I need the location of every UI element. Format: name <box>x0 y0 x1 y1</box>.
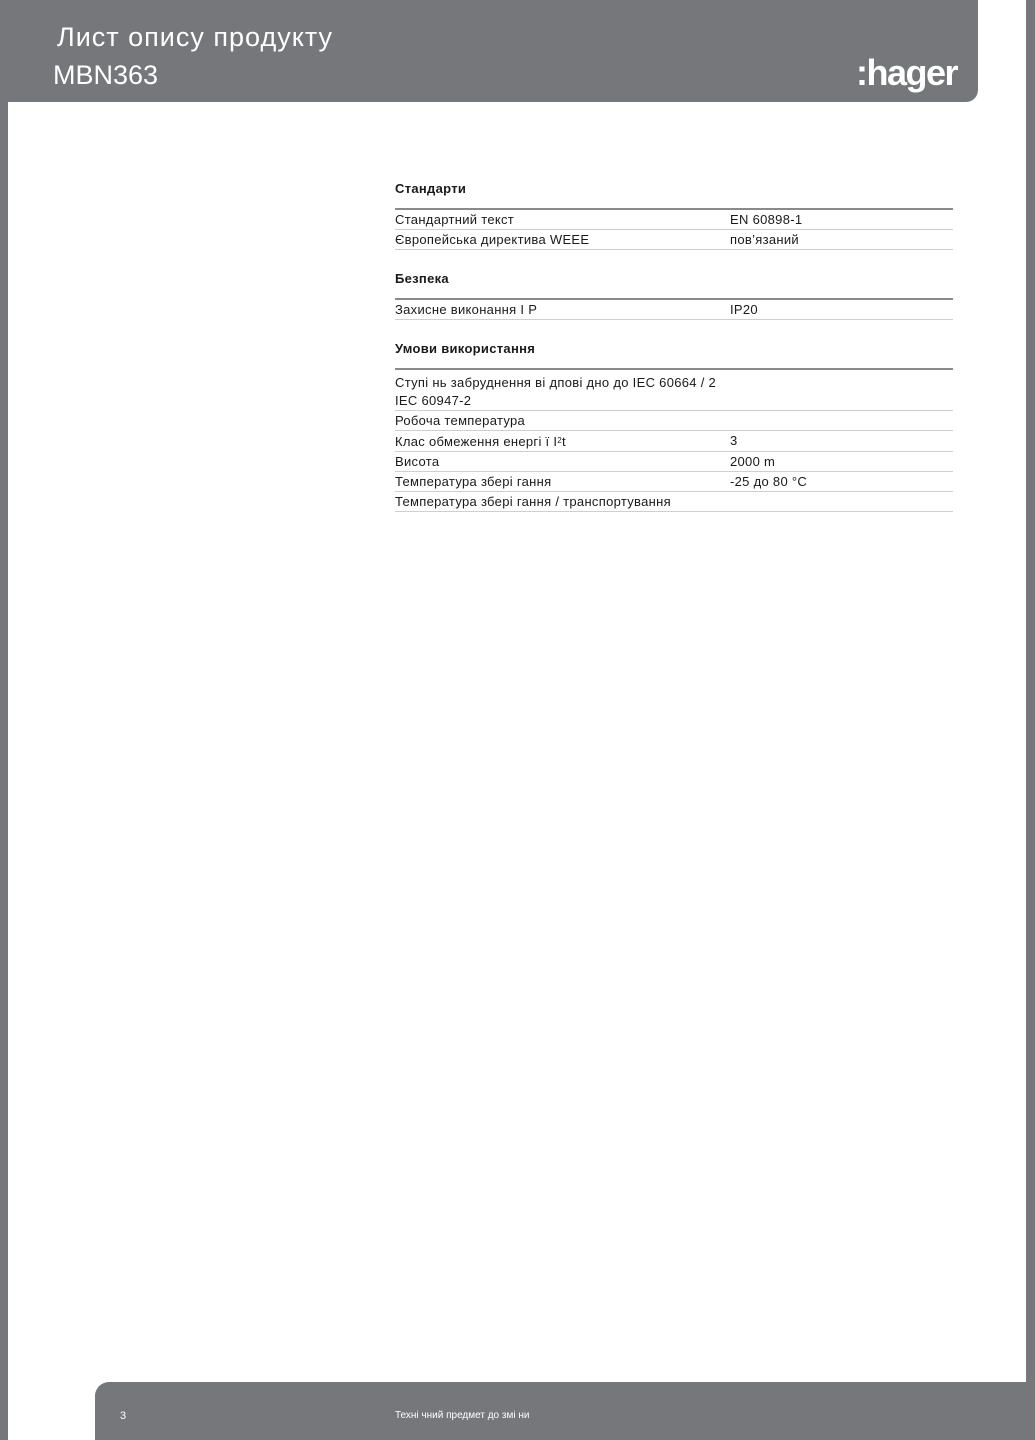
spec-row: Клас обмеження енергі ї I2t 3 <box>395 431 953 452</box>
spec-content: Стандарти Стандартний текст EN 60898-1 Є… <box>395 180 953 532</box>
spec-label: Клас обмеження енергі ї I2t <box>395 432 730 451</box>
spec-row: Ступі нь забруднення ві дпові дно до IEC… <box>395 370 953 411</box>
spec-row: Висота 2000 m <box>395 452 953 472</box>
spec-value <box>730 412 953 430</box>
footer-note: Техні чний предмет до змі ни <box>395 1410 529 1421</box>
page-edge-right <box>1026 0 1035 1440</box>
section-standards: Стандарти Стандартний текст EN 60898-1 Є… <box>395 180 953 250</box>
spec-label: Стандартний текст <box>395 211 730 229</box>
section-safety: Безпека Захисне виконання I P IP20 <box>395 270 953 320</box>
spec-row: Стандартний текст EN 60898-1 <box>395 210 953 230</box>
document-header: Лист опису продукту MBN363 :hager <box>0 0 978 102</box>
spec-label-text: Клас обмеження енергі ї I <box>395 434 557 449</box>
spec-label: Температура зберi гання <box>395 473 730 491</box>
spec-label: Висота <box>395 453 730 471</box>
spec-label-line2: IEC 60947-2 <box>395 393 471 408</box>
spec-value: -25 до 80 °C <box>730 473 953 491</box>
spec-row: Температура зберi гання -25 до 80 °C <box>395 472 953 492</box>
spec-value: EN 60898-1 <box>730 211 953 229</box>
section-conditions: Умови використання Ступі нь забруднення … <box>395 340 953 512</box>
document-footer: 3 Техні чний предмет до змі ни <box>95 1382 1035 1440</box>
spec-row: Європейська директива WEEE пов’язаний <box>395 230 953 250</box>
product-code: MBN363 <box>53 60 158 91</box>
spec-label: Робоча температура <box>395 412 730 430</box>
spec-value: 2000 m <box>730 453 953 471</box>
spec-row: Захисне виконання I P IP20 <box>395 300 953 320</box>
spec-value: пов’язаний <box>730 231 953 249</box>
spec-label: Захисне виконання I P <box>395 301 730 319</box>
page-edge-left <box>0 0 8 1440</box>
document-title: Лист опису продукту <box>57 22 333 53</box>
spec-label-suffix: t <box>562 434 566 449</box>
spec-row: Робоча температура <box>395 411 953 431</box>
spec-label: Ступі нь забруднення ві дпові дно до IEC… <box>395 374 716 410</box>
spec-value: 3 <box>730 432 953 451</box>
spec-label: Європейська директива WEEE <box>395 231 730 249</box>
section-title: Стандарти <box>395 180 953 198</box>
spec-row: Температура зберi гання / транспортуванн… <box>395 492 953 512</box>
spec-label: Температура зберi гання / транспортуванн… <box>395 493 671 511</box>
section-title: Умови використання <box>395 340 953 358</box>
section-title: Безпека <box>395 270 953 288</box>
page-number: 3 <box>120 1410 126 1422</box>
spec-value: IP20 <box>730 301 953 319</box>
spec-label-line1: Ступі нь забруднення ві дпові дно до IEC… <box>395 375 716 390</box>
hager-logo: :hager <box>856 52 957 94</box>
spec-value <box>671 493 953 511</box>
